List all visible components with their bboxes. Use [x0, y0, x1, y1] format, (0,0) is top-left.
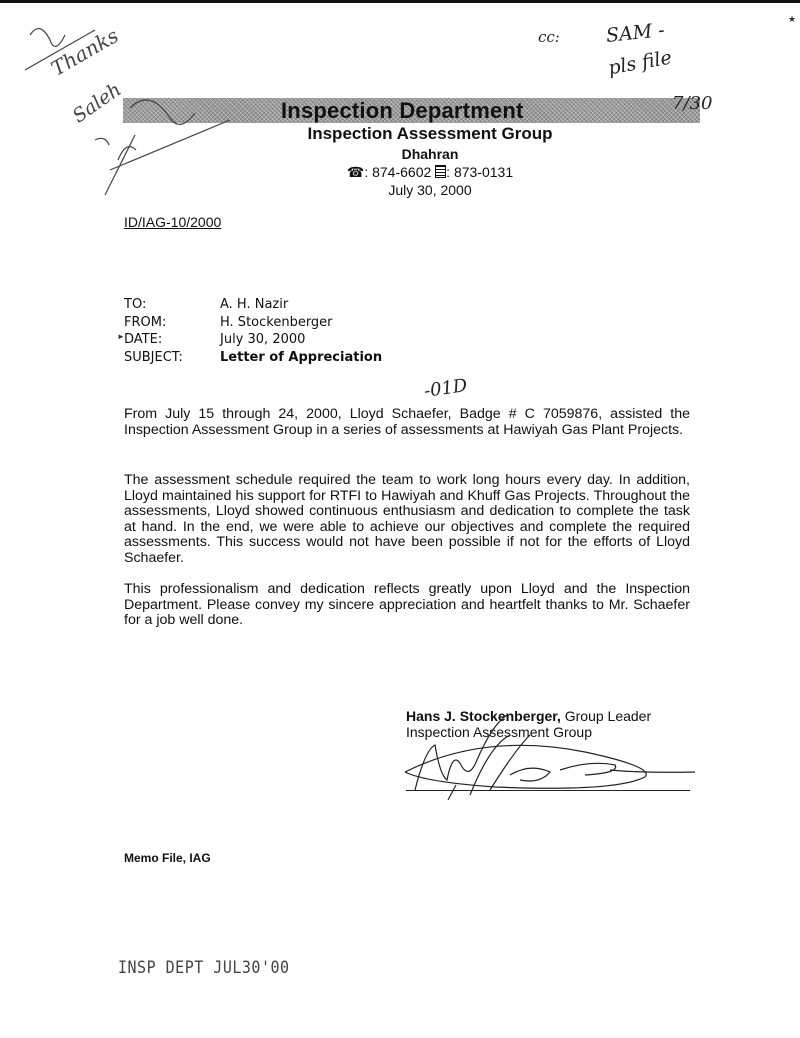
memo-subject-row: SUBJECT: Letter of Appreciation — [124, 349, 382, 367]
subject-label: SUBJECT: — [124, 349, 220, 367]
memo-to-row: TO: A. H. Nazir — [124, 296, 382, 314]
handwritten-initials-date: 7/30 — [672, 93, 712, 114]
body-paragraph-2: The assessment schedule required the tea… — [124, 473, 690, 566]
handwritten-sam: SAM - — [605, 19, 666, 47]
department-title: Inspection Department — [281, 98, 524, 123]
memo-from-row: FROM: H. Stockenberger — [124, 314, 382, 332]
to-value: A. H. Nazir — [220, 296, 288, 314]
handwritten-pls-file: pls file — [607, 47, 674, 80]
date-label: DATE: — [124, 331, 220, 349]
cc-line: Memo File, IAG — [124, 851, 211, 866]
location: Dhahran — [250, 145, 610, 163]
phone-number: 874-6602 — [372, 164, 431, 180]
handwritten-cc: cc: — [538, 28, 560, 46]
from-label: FROM: — [124, 314, 220, 332]
signatory-line: Hans J. Stockenberger, Group Leader — [406, 708, 651, 724]
memo-header: TO: A. H. Nazir FROM: H. Stockenberger D… — [124, 296, 382, 366]
fax-icon — [435, 165, 446, 178]
signature-block: Hans J. Stockenberger, Group Leader Insp… — [406, 708, 651, 740]
corner-mark: ★ — [788, 14, 796, 25]
handwritten-name: Saleh — [69, 79, 126, 128]
received-stamp: INSP DEPT JUL30'00 — [118, 957, 290, 978]
signature-line — [406, 790, 690, 791]
date-value: July 30, 2000 — [220, 331, 305, 349]
telephone-icon: ☎ — [347, 164, 364, 180]
signatory-title: Group Leader — [561, 708, 651, 724]
letter-date: July 30, 2000 — [250, 181, 610, 199]
to-label: TO: — [124, 296, 220, 314]
from-value: H. Stockenberger — [220, 314, 333, 332]
reference-number: ID/IAG-10/2000 — [124, 213, 221, 231]
body-paragraph-3: This professionalism and dedication refl… — [124, 582, 690, 629]
handwritten-thanks: Thanks — [47, 23, 123, 80]
group-name: Inspection Assessment Group — [250, 124, 610, 144]
handwritten-note-subject: -01D — [423, 375, 469, 402]
scan-border — [0, 0, 800, 3]
contact-line: ☎: 874-6602 : 873-0131 — [250, 163, 610, 181]
signatory-name: Hans J. Stockenberger, — [406, 708, 561, 724]
signatory-group: Inspection Assessment Group — [406, 724, 651, 740]
body-paragraph-1: From July 15 through 24, 2000, Lloyd Sch… — [124, 407, 690, 438]
memo-date-row: DATE: July 30, 2000 — [124, 331, 382, 349]
subject-value: Letter of Appreciation — [220, 349, 382, 367]
fax-number: 873-0131 — [454, 164, 513, 180]
